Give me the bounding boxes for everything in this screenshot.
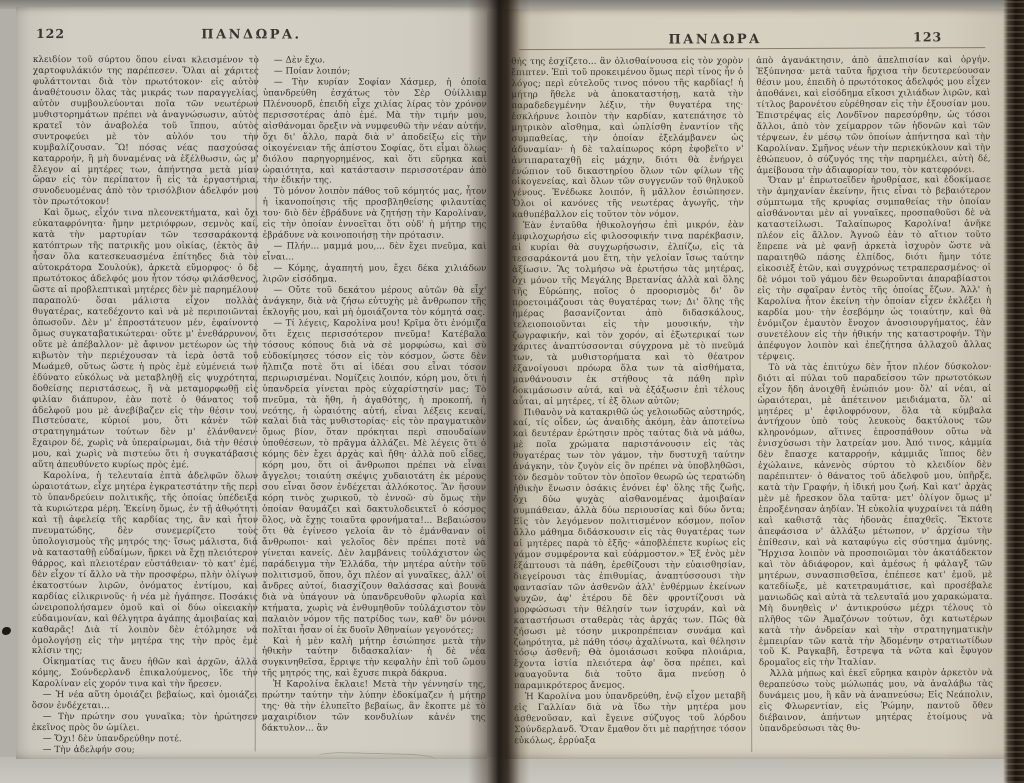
paragraph: Ὅταν μ' ἐπρωτοεῖδεν ἠρυθρίασε, καὶ ἐδοκί… xyxy=(757,176,992,363)
left-running-head: ΠΑΝΔΩΡΑ. xyxy=(16,27,487,43)
right-column-divider xyxy=(748,58,752,752)
scan-bottom-margin xyxy=(0,757,1024,783)
paragraph: — Κόμης, ἀγαπητή μου, ἔχει δέκα χιλιάδων… xyxy=(263,264,487,286)
left-page: 122 ΠΑΝΔΩΡΑ. κλειδίον τοῦ σύρτου ὅπου εἶ… xyxy=(16,7,487,759)
paragraph: Πιθανὸν νὰ κατακριθῶ ὡς γελοιωδῶς αὐστηρ… xyxy=(513,407,746,693)
paragraph: Ἡ Καρολίνα μου ὑπανδρεύθη, ἐνῷ εἶχον μετ… xyxy=(514,691,746,747)
left-page-column-1: κλειδίον τοῦ σύρτου ὅπου εἶναι κλεισμένο… xyxy=(32,55,259,755)
paragraph: κλειδίον τοῦ σύρτου ὅπου εἶναι κλεισμένο… xyxy=(33,55,259,209)
paragraph: θής της ἐσχίζετο... ἂν ὀλισθαίνουσα εἰς … xyxy=(511,56,744,221)
paragraph: Καὶ ὅμως, εἶχόν τινα πλεονεκτήματα, καὶ … xyxy=(32,208,258,471)
paragraph: — Οὔτε τοῦ δεκάτου μέρους αὐτῶν θὰ εἶχ' … xyxy=(262,285,486,318)
right-page-column-2: ἀπὸ ἀγανάκτησιν, ἀπὸ ἀπελπισίαν καὶ ὀργή… xyxy=(756,55,993,756)
paragraph: — Τί λέγεις, Καρολίνα μου! Κρῖμα ὅτι ἐνό… xyxy=(262,318,487,636)
right-page-number: 123 xyxy=(913,29,942,44)
book-scan: 122 ΠΑΝΔΩΡΑ. κλειδίον τοῦ σύρτου ὅπου εἶ… xyxy=(0,0,1024,783)
paragraph: — Πλήν... μαμμά μου,... δὲν ἔχει πνεῦμα,… xyxy=(263,242,487,264)
paragraph: — Ὄχι! δὲν ὑπανδρεύθην ποτέ. xyxy=(32,734,258,745)
paragraph: Ἡ Καρολίνα ἔκλαιε! Μετὰ τὴν γέννησίν της… xyxy=(262,680,486,735)
paragraph: — Ἡ νέα αὕτη ὁμοιάζει βεβαίως, καὶ ὁμοιά… xyxy=(32,690,258,712)
paragraph: ἀπὸ ἀγανάκτησιν, ἀπὸ ἀπελπισίαν καὶ ὀργή… xyxy=(756,55,991,177)
right-page: ΠΑΝΔΩΡΑ 123 θής της ἐσχίζετο... ἂν ὀλισθ… xyxy=(505,9,1007,759)
paragraph: — Τὴν πρώτην σου γυναῖκα; τὸν ἠρώτησεν ἐ… xyxy=(32,712,258,734)
right-page-column-1: θής της ἐσχίζετο... ἂν ὀλισθαίνουσα εἰς … xyxy=(511,56,746,757)
paragraph: Καρολίνα, ἡ τελευταία ἑπτὰ ἀδελφῶν ὅλων … xyxy=(32,471,258,658)
paragraph: Ἀλλὰ μήπως καὶ ἐκεῖ εὕρηκα καιρὸν ἀρκετὸ… xyxy=(759,668,993,735)
paragraph: — Τὴν κυρίαν Σοφίαν Χάσμερ, ἡ ὁποία ὑπαν… xyxy=(263,77,487,187)
paragraph: — Τὴν ἀδελφήν σου; xyxy=(32,745,258,755)
ink-blot xyxy=(2,627,11,635)
left-page-column-2: — Δὲν ἔχω.— Ποίαν λοιπόν;— Τὴν κυρίαν Σο… xyxy=(262,55,487,755)
paragraph: — Δὲν ἔχω. xyxy=(263,55,487,66)
paragraph: Οἰκηματίας τις ἄνευ ἠθῶν καὶ ἀρχῶν, ἀλλὰ… xyxy=(32,657,258,690)
paragraph: Τὸ μόνον λοιπὸν πάθος τοῦ κόμητός μας, ἦ… xyxy=(263,187,487,242)
paragraph: Τὸ νὰ τὰς ἐπιτύχω δὲν ἦτον πλέον δύσκολο… xyxy=(758,362,993,670)
paragraph: — Ποίαν λοιπόν; xyxy=(263,66,487,77)
paragraph: Καὶ ἡ μὲν καλὴ μήτηρ ἐσιώπησε μετὰ τὴν ἠ… xyxy=(262,636,486,680)
paragraph: Ἐὰν ἐνταῦθα ἠθικολογήσω ἐπὶ μικρόν, ἐὰν … xyxy=(512,220,745,407)
right-running-head: ΠΑΝΔΩΡΑ xyxy=(505,31,925,48)
